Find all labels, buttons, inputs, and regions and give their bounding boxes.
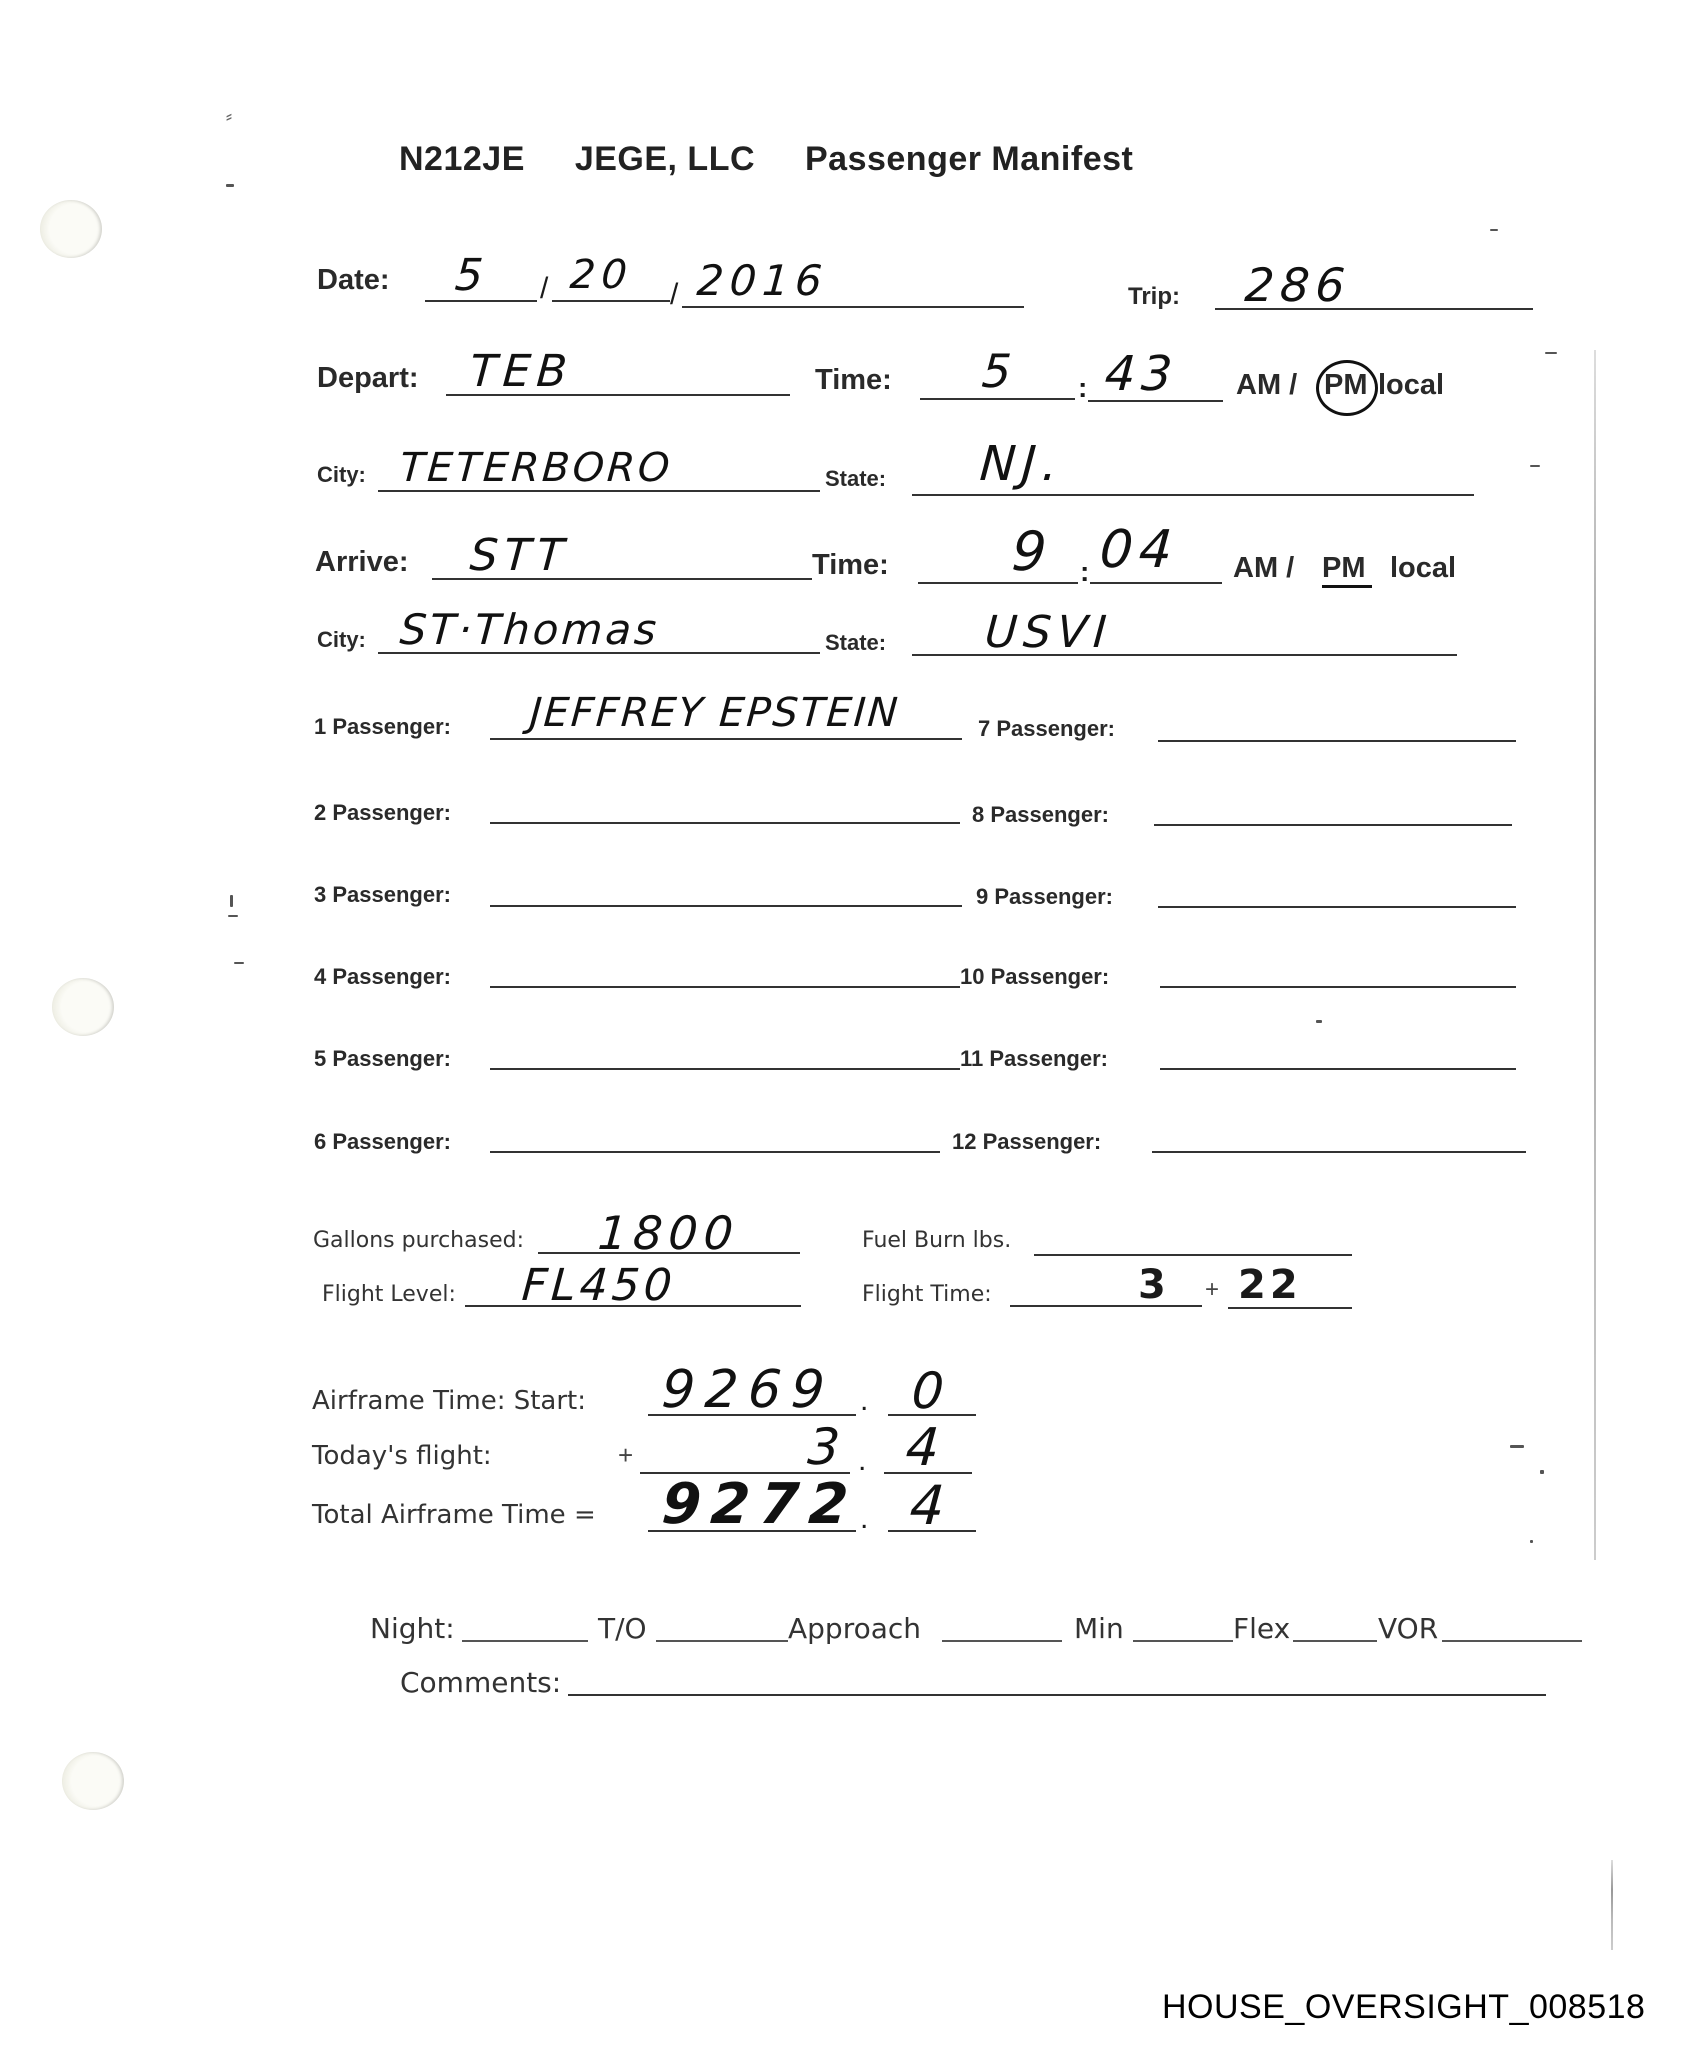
total-airframe-tenth: 4 (908, 1474, 953, 1537)
decimal-point: . (860, 1502, 868, 1536)
arrive-time-hour-field[interactable] (918, 582, 1078, 584)
arrive-time-minute: 04 (1098, 520, 1180, 580)
passenger-label: 10 Passenger: (960, 964, 1109, 990)
plus-operator: + (618, 1440, 633, 1471)
arrive-pm-label[interactable]: PM (1322, 552, 1366, 585)
depart-time-hour: 5 (980, 344, 1019, 398)
depart-state-value: NJ. (978, 436, 1065, 492)
depart-am-label[interactable]: AM / (1236, 369, 1297, 402)
scan-speck (1530, 1540, 1533, 1543)
scan-speck (1490, 229, 1498, 231)
arrive-city-value: ST·Thomas (398, 605, 661, 654)
binder-hole-top (40, 200, 102, 258)
depart-city-label: City: (317, 462, 366, 488)
vor-label: VOR (1378, 1612, 1438, 1645)
flight-level-label: Flight Level: (322, 1282, 456, 1307)
flight-time-hours: 3 (1138, 1262, 1166, 1308)
trip-value: 286 (1243, 258, 1353, 312)
passenger-label: 9 Passenger: (976, 884, 1113, 910)
depart-local-label: local (1378, 369, 1444, 402)
date-day-value: 20 (568, 252, 634, 298)
arrive-label: Arrive: (315, 546, 409, 579)
gallons-label: Gallons purchased: (313, 1228, 524, 1253)
passenger-label: 3 Passenger: (314, 882, 451, 908)
fuel-burn-label: Fuel Burn lbs. (862, 1228, 1011, 1253)
scan-speck (228, 915, 238, 917)
to-label: T/O (598, 1612, 647, 1645)
passenger-field[interactable] (1152, 1151, 1526, 1153)
airframe-start-label: Airframe Time: Start: (312, 1386, 586, 1416)
scan-speck (234, 962, 244, 964)
passenger-field[interactable] (1154, 824, 1512, 826)
passenger-label: 6 Passenger: (314, 1129, 451, 1155)
flex-field[interactable] (1293, 1640, 1377, 1642)
airframe-start-tenth: 0 (910, 1362, 952, 1420)
passenger-name: JEFFREY EPSTEIN (528, 690, 901, 736)
passenger-field[interactable] (490, 986, 960, 988)
flight-level-value: FL450 (520, 1260, 677, 1311)
arrive-value: STT (468, 530, 571, 581)
flight-time-hours-field[interactable] (1010, 1305, 1202, 1307)
vor-field[interactable] (1442, 1640, 1582, 1642)
total-airframe-label: Total Airframe Time = (312, 1500, 596, 1530)
arrive-time-minute-field[interactable] (1090, 582, 1222, 584)
min-field[interactable] (1133, 1640, 1233, 1642)
arrive-time-label: Time: (812, 549, 889, 582)
scan-edge-line (1594, 350, 1596, 1560)
passenger-field[interactable] (490, 1068, 960, 1070)
depart-city-value: TETERBORO (398, 445, 674, 491)
scan-speck (1545, 352, 1557, 354)
decimal-point: . (860, 1384, 868, 1418)
arrive-local-label: local (1390, 552, 1456, 585)
todays-flight-label: Today's flight: (312, 1441, 492, 1471)
company-name: JEGE, LLC (575, 140, 755, 178)
scan-speck (1316, 1020, 1322, 1023)
approach-field[interactable] (942, 1640, 1062, 1642)
depart-time-label: Time: (815, 364, 892, 397)
passenger-field[interactable] (1158, 740, 1516, 742)
date-day-field[interactable] (552, 300, 670, 302)
flight-time-label: Flight Time: (862, 1282, 992, 1307)
passenger-label: 11 Passenger: (960, 1046, 1108, 1072)
passenger-label: 12 Passenger: (952, 1129, 1101, 1155)
scan-speck (230, 895, 233, 907)
bates-number: HOUSE_OVERSIGHT_008518 (1162, 1988, 1645, 2027)
passenger-label: 4 Passenger: (314, 964, 451, 990)
flight-time-minutes: 22 (1238, 1262, 1302, 1308)
arrive-am-label[interactable]: AM / (1233, 552, 1294, 585)
tail-number: N212JE (399, 140, 525, 178)
airframe-start-whole: 9269 (660, 1360, 837, 1420)
todays-flight-whole: 3 (806, 1418, 848, 1476)
binder-hole-bottom (62, 1752, 124, 1810)
scan-edge-line (1611, 1860, 1613, 1950)
date-year-value: 2016 (695, 256, 829, 305)
min-label: Min (1074, 1612, 1124, 1645)
time-colon: : (1080, 556, 1089, 588)
approach-label: Approach (788, 1612, 921, 1645)
depart-state-field[interactable] (912, 494, 1474, 496)
total-airframe-whole: 9272 (660, 1472, 860, 1537)
arrive-city-label: City: (317, 627, 366, 653)
scan-speck (1530, 465, 1540, 467)
flex-label: Flex (1233, 1612, 1290, 1645)
passenger-field[interactable] (490, 1151, 940, 1153)
date-separator: / (670, 278, 678, 312)
scan-speck (226, 184, 234, 187)
depart-time-hour-field[interactable] (920, 398, 1075, 400)
passenger-field[interactable] (490, 905, 962, 907)
todays-flight-tenth: 4 (904, 1418, 947, 1478)
time-colon: : (1078, 372, 1087, 404)
passenger-label: 2 Passenger: (314, 800, 451, 826)
pm-circled-mark (1316, 360, 1378, 416)
flight-time-separator: + (1205, 1276, 1219, 1304)
date-month-value: 5 (453, 250, 491, 301)
arrive-state-value: USVI (983, 607, 1114, 658)
passenger-field[interactable] (1160, 986, 1516, 988)
passenger-field[interactable] (1160, 1068, 1516, 1070)
depart-value: TEB (468, 346, 574, 397)
form-title: Passenger Manifest (805, 140, 1133, 178)
form-header: N212JE JEGE, LLC Passenger Manifest (399, 140, 1133, 179)
passenger-label: 7 Passenger: (978, 716, 1115, 742)
passenger-field[interactable] (1158, 906, 1516, 908)
comments-field[interactable] (568, 1694, 1546, 1696)
to-field[interactable] (656, 1640, 788, 1642)
trip-label: Trip: (1128, 283, 1180, 311)
depart-state-label: State: (825, 466, 886, 492)
night-label: Night: (370, 1612, 455, 1645)
gallons-value: 1800 (596, 1206, 741, 1260)
date-separator: / (540, 272, 548, 306)
scan-speck (1510, 1445, 1524, 1448)
arrive-state-label: State: (825, 630, 886, 656)
scan-speck (1540, 1470, 1544, 1474)
pm-underline-mark (1322, 585, 1372, 588)
passenger-field[interactable] (490, 738, 962, 740)
passenger-label: 8 Passenger: (972, 802, 1109, 828)
date-year-field[interactable] (682, 306, 1024, 308)
binder-hole-middle (52, 978, 114, 1036)
night-field[interactable] (462, 1640, 588, 1642)
arrive-time-hour: 9 (1010, 520, 1055, 583)
date-label: Date: (317, 264, 390, 297)
fuel-burn-field[interactable] (1034, 1254, 1352, 1256)
passenger-field[interactable] (490, 822, 960, 824)
passenger-label: 5 Passenger: (314, 1046, 451, 1072)
comments-label: Comments: (400, 1666, 561, 1699)
depart-label: Depart: (317, 362, 419, 395)
scan-mark: ⸗ (226, 106, 232, 127)
passenger-label: 1 Passenger: (314, 714, 451, 740)
depart-time-minute: 43 (1103, 346, 1180, 402)
